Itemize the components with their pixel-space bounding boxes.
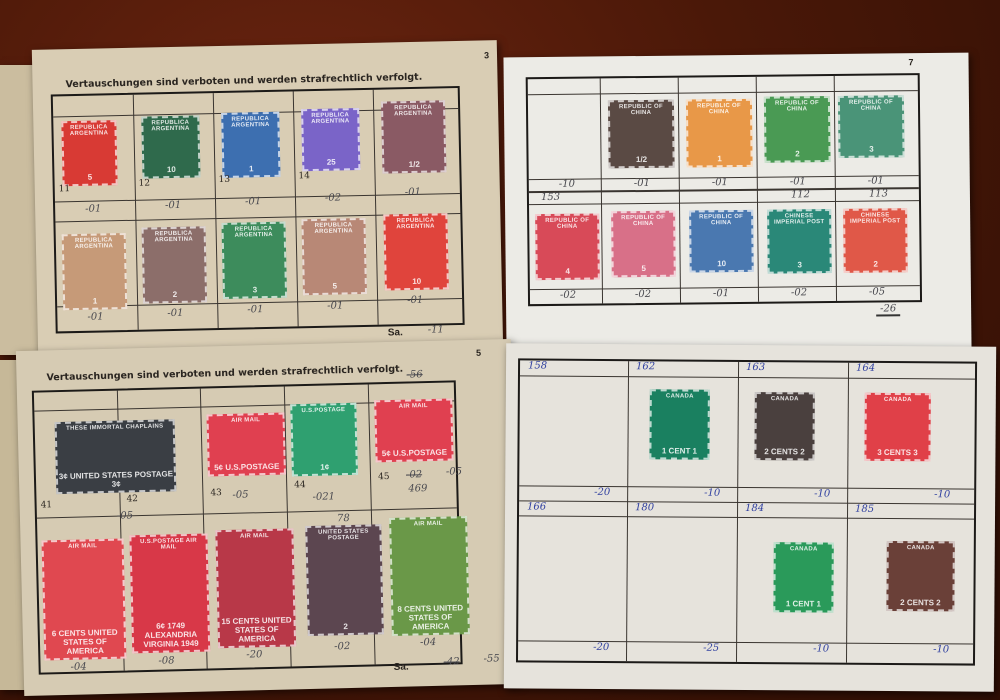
- slot-number: 184: [745, 503, 764, 514]
- price-note: -05: [232, 489, 248, 500]
- price-note: -01: [790, 176, 806, 187]
- stamp: CHINESE IMPERIAL POST2: [843, 208, 908, 273]
- price-note: -01: [87, 311, 103, 322]
- stamp: REPUBLICA ARGENTINA10: [141, 115, 200, 178]
- price-note: -10: [704, 488, 720, 499]
- page-number: 3: [484, 50, 489, 60]
- sum-value: -26: [876, 303, 900, 316]
- stamp: CHINESE IMPERIAL POST3: [767, 209, 832, 274]
- slot-number: 43: [210, 488, 222, 498]
- price-note: -02: [560, 290, 576, 301]
- slot-number: 185: [855, 504, 874, 515]
- price-note: -01: [165, 200, 181, 211]
- stamp: AIR MAIL6 CENTS UNITED STATES OF AMERICA: [41, 539, 126, 661]
- slot-number: 113: [869, 188, 888, 199]
- slot-number: 166: [527, 501, 546, 512]
- price-note: -10: [813, 643, 829, 654]
- slot-number: 164: [856, 363, 875, 374]
- slot-number: 12: [139, 178, 151, 188]
- price-note: -20: [594, 487, 610, 498]
- stamp: CANADA2 CENTS 2: [886, 541, 954, 611]
- right-booklet-bottom-page: 158 162 163 164 CANADA1 CENT 1 CANADA2 C…: [504, 343, 996, 691]
- stamp: AIR MAIL5¢ U.S.POSTAGE: [206, 413, 285, 477]
- stamp: AIR MAIL15 CENTS UNITED STATES OF AMERIC…: [215, 528, 296, 648]
- slot-number: 158: [528, 360, 547, 371]
- price-note: -05: [869, 286, 885, 297]
- price-note: -01: [868, 175, 884, 186]
- sum-value: -55: [483, 653, 499, 664]
- stamp: REPUBLIC OF CHINA10: [689, 210, 754, 273]
- slot-number: 42: [126, 494, 138, 504]
- stamp: UNITED STATES POSTAGE2: [305, 524, 384, 636]
- page-number: 5: [476, 348, 481, 358]
- price-note: -01: [247, 304, 263, 315]
- stamp-grid: REPUBLICA ARGENTINA5 REPUBLICA ARGENTINA…: [51, 86, 465, 334]
- price-note: -01: [407, 295, 423, 306]
- stamp: AIR MAIL8 CENTS UNITED STATES OF AMERICA: [389, 516, 470, 636]
- stamp: REPUBLIC OF CHINA5: [611, 211, 676, 278]
- price-note: -08: [158, 655, 174, 666]
- stamp-grid: 158 162 163 164 CANADA1 CENT 1 CANADA2 C…: [516, 358, 977, 665]
- stamp-grid: REPUBLIC OF CHINA1/2 REPUBLIC OF CHINA1 …: [526, 73, 922, 306]
- stamp: REPUBLICA ARGENTINA5: [301, 218, 367, 295]
- stamp: REPUBLICA ARGENTINA5: [61, 120, 117, 186]
- stamp: REPUBLICA ARGENTINA3: [221, 222, 287, 299]
- price-note: -10: [933, 644, 949, 655]
- slot-number: 11: [59, 184, 71, 194]
- slot-number: 180: [635, 502, 654, 513]
- warning-text: Vertauschungen sind verboten und werden …: [46, 364, 403, 384]
- slot-number: 45: [378, 472, 390, 482]
- slot-number: 153: [541, 192, 560, 203]
- price-note: -02: [406, 469, 422, 480]
- stamp: REPUBLICA ARGENTINA25: [301, 108, 360, 171]
- slot-number: 14: [298, 171, 310, 181]
- stamp: REPUBLIC OF CHINA1: [686, 99, 753, 168]
- stamp: CANADA1 CENT 1: [773, 542, 833, 612]
- stamp: REPUBLICA ARGENTINA2: [142, 226, 208, 303]
- price-note: -01: [712, 177, 728, 188]
- price-note: -25: [703, 643, 719, 654]
- sum-value: -11: [428, 324, 444, 335]
- price-note: -02: [635, 289, 651, 300]
- stamp: U.S.POSTAGE AIR MAIL6¢ 1749 ALEXANDRIA V…: [129, 533, 210, 653]
- left-booklet-bottom-page: 5 Vertauschungen sind verboten und werde…: [16, 339, 519, 696]
- stamp: REPUBLIC OF CHINA2: [764, 96, 831, 163]
- slot-number: 44: [294, 480, 306, 490]
- price-note: -20: [593, 642, 609, 653]
- price-note: -10: [934, 489, 950, 500]
- slot-number: 13: [218, 175, 230, 185]
- price-note: -01: [634, 178, 650, 189]
- stamp: REPUBLIC OF CHINA1/2: [608, 100, 675, 169]
- price-note: -01: [245, 196, 261, 207]
- price-note: -01: [405, 187, 421, 198]
- stamp: THESE IMMORTAL CHAPLAINS3¢ UNITED STATES…: [55, 419, 177, 494]
- stamp-grid: THESE IMMORTAL CHAPLAINS3¢ UNITED STATES…: [32, 380, 463, 674]
- slot-number: 41: [41, 500, 53, 510]
- sum-label: Sa.: [388, 327, 403, 338]
- price-note: -01: [713, 288, 729, 299]
- price-note: 78: [337, 513, 350, 524]
- stamp: CANADA1 CENT 1: [649, 389, 709, 459]
- stamp: U.S.POSTAGE1¢: [290, 403, 358, 477]
- stamp: REPUBLIC OF CHINA4: [535, 213, 600, 280]
- price-note: -01: [327, 300, 343, 311]
- price-note: -02: [325, 192, 341, 203]
- price-note: -021: [312, 491, 335, 503]
- slot-number: 163: [746, 362, 765, 373]
- slot-number: 112: [791, 189, 810, 200]
- stamp: AIR MAIL5¢ U.S.POSTAGE: [374, 398, 453, 462]
- stamp: REPUBLIC OF CHINA3: [838, 95, 905, 158]
- stamp: CANADA2 CENTS 2: [754, 392, 814, 460]
- price-note: -01: [85, 203, 101, 214]
- sum-struck: -42: [443, 656, 459, 667]
- stamp: REPUBLICA ARGENTINA10: [383, 213, 449, 290]
- price-note: -04: [420, 637, 436, 648]
- price-note: -02: [791, 287, 807, 298]
- right-booklet-top-page: 7 REPUBLIC OF CHINA1/2 REPUBLIC OF CHINA…: [503, 53, 971, 353]
- sum-label: Sa.: [394, 662, 409, 673]
- page-number: 7: [908, 57, 913, 67]
- price-note: -10: [559, 179, 575, 190]
- slot-number: 162: [636, 361, 655, 372]
- price-note: -05: [446, 466, 462, 477]
- price-note: -02: [334, 641, 350, 652]
- price-note: -05: [117, 510, 133, 521]
- price-note: -04: [70, 661, 86, 672]
- stamp: REPUBLICA ARGENTINA1/2: [381, 100, 446, 173]
- price-note: -01: [167, 308, 183, 319]
- price-note: -20: [246, 649, 262, 660]
- price-note: 469: [408, 483, 427, 494]
- stamp: CANADA3 CENTS 3: [864, 393, 930, 461]
- header-price: -56: [406, 369, 422, 380]
- stamp: REPUBLICA ARGENTINA1: [62, 233, 128, 310]
- left-booklet-top-page: 3 Vertauschungen sind verboten und werde…: [32, 40, 503, 360]
- stamp: REPUBLICA ARGENTINA1: [221, 112, 280, 178]
- price-note: -10: [814, 488, 830, 499]
